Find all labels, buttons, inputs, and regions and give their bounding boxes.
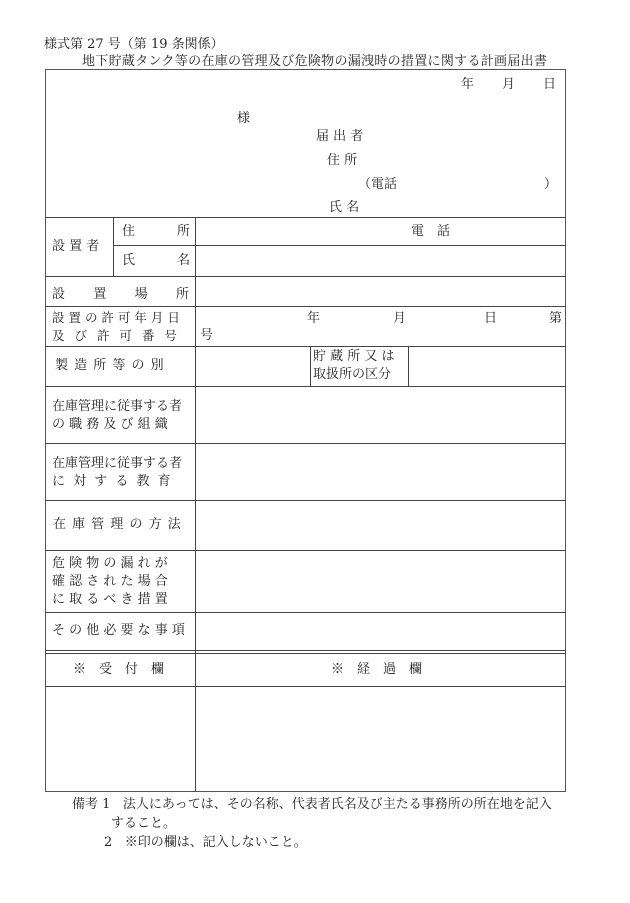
- location-label-char: 所: [176, 283, 189, 302]
- division-label-line1: 貯 蔵 所 又 は: [313, 348, 395, 366]
- other-field[interactable]: [196, 613, 565, 650]
- installer-address-label-b: 所: [177, 223, 190, 241]
- method-label: 在 庫 管 理 の 方 法: [53, 516, 182, 534]
- location-label-char: 置: [93, 283, 106, 302]
- installer-phone-label: 電 話: [411, 223, 450, 241]
- progress-label: ※ 経 過 欄: [331, 661, 422, 679]
- applicant-phone-close: ）: [544, 176, 557, 194]
- method-field[interactable]: [196, 501, 565, 550]
- addressee-suffix: 様: [237, 110, 250, 128]
- date-month-label: 月: [502, 76, 515, 94]
- permit-number-suffix: 号: [200, 327, 213, 345]
- permit-number-prefix: 第: [549, 310, 562, 328]
- permit-field[interactable]: [196, 307, 565, 346]
- location-label: 設 置 場 所: [52, 283, 189, 302]
- leak-label-line2: 確 認 さ れ た 場 合: [52, 573, 168, 591]
- leak-measures-field[interactable]: [196, 551, 565, 612]
- other-label: そ の 他 必 要 な 事 項: [52, 622, 185, 640]
- installer-label: 設 置 者: [52, 238, 99, 256]
- divider: [310, 346, 311, 386]
- divider: [45, 650, 566, 651]
- reception-label: ※ 受 付 欄: [73, 661, 164, 679]
- education-label-line2: に 対 す る 教 育: [52, 473, 171, 491]
- leak-label-line1: 危 険 物 の 漏 れ が: [52, 555, 168, 573]
- division-label-line2: 取扱所の区分: [313, 366, 391, 384]
- permit-label-line2: 及 び 許 可 番 号: [52, 327, 177, 345]
- installer-name-label-a: 氏: [122, 252, 135, 270]
- facility-type-label: 製 造 所 等 の 別: [55, 357, 165, 375]
- permit-month-label: 月: [393, 310, 406, 328]
- location-label-char: 場: [135, 283, 148, 302]
- notes: 備考 1 法人にあっては、その名称、代表者氏名及び主たる事務所の所在地を記入 す…: [72, 795, 552, 852]
- note-2-number: 2: [104, 835, 112, 850]
- education-field[interactable]: [196, 444, 565, 500]
- form-title: 地下貯蔵タンク等の在庫の管理及び危険物の漏洩時の措置に関する計画届出書: [82, 50, 547, 69]
- reception-field: [46, 687, 195, 791]
- notes-heading: 備考: [72, 797, 98, 812]
- applicant-label: 届 出 者: [316, 128, 363, 146]
- divider: [113, 217, 114, 276]
- installer-name-field[interactable]: [196, 246, 565, 276]
- progress-field: [196, 687, 565, 791]
- date-day-label: 日: [543, 76, 556, 94]
- division-field[interactable]: [409, 347, 565, 386]
- permit-day-label: 日: [484, 310, 497, 328]
- permit-year-label: 年: [307, 310, 320, 328]
- installer-address-label-a: 住: [122, 223, 135, 241]
- note-1-text: 法人にあっては、その名称、代表者氏名及び主たる事務所の所在地を記入: [123, 797, 552, 812]
- divider: [45, 653, 566, 654]
- duties-field[interactable]: [196, 387, 565, 443]
- installer-address-field[interactable]: [196, 218, 565, 245]
- installer-name-label-b: 名: [177, 252, 190, 270]
- education-label-line1: 在庫管理に従事する者: [52, 455, 182, 473]
- applicant-name-label: 氏 名: [329, 199, 359, 217]
- note-1-text-cont: すること。: [111, 816, 176, 831]
- date-year-label: 年: [461, 76, 474, 94]
- facility-type-field[interactable]: [196, 347, 310, 386]
- leak-label-line3: に 取 る べ き 措 置: [52, 591, 168, 609]
- location-label-char: 設: [52, 283, 65, 302]
- location-field[interactable]: [196, 277, 565, 306]
- applicant-address-label: 住 所: [327, 152, 357, 170]
- permit-label-line1: 設 置 の 許 可 年 月 日: [52, 309, 180, 327]
- duties-label-line1: 在庫管理に従事する者: [52, 398, 182, 416]
- note-2-text: ※印の欄は、記入しないこと。: [125, 835, 307, 850]
- note-1-number: 1: [102, 797, 110, 812]
- duties-label-line2: の 職 務 及 び 組 織: [52, 416, 168, 434]
- applicant-phone-open: （電話: [358, 176, 397, 194]
